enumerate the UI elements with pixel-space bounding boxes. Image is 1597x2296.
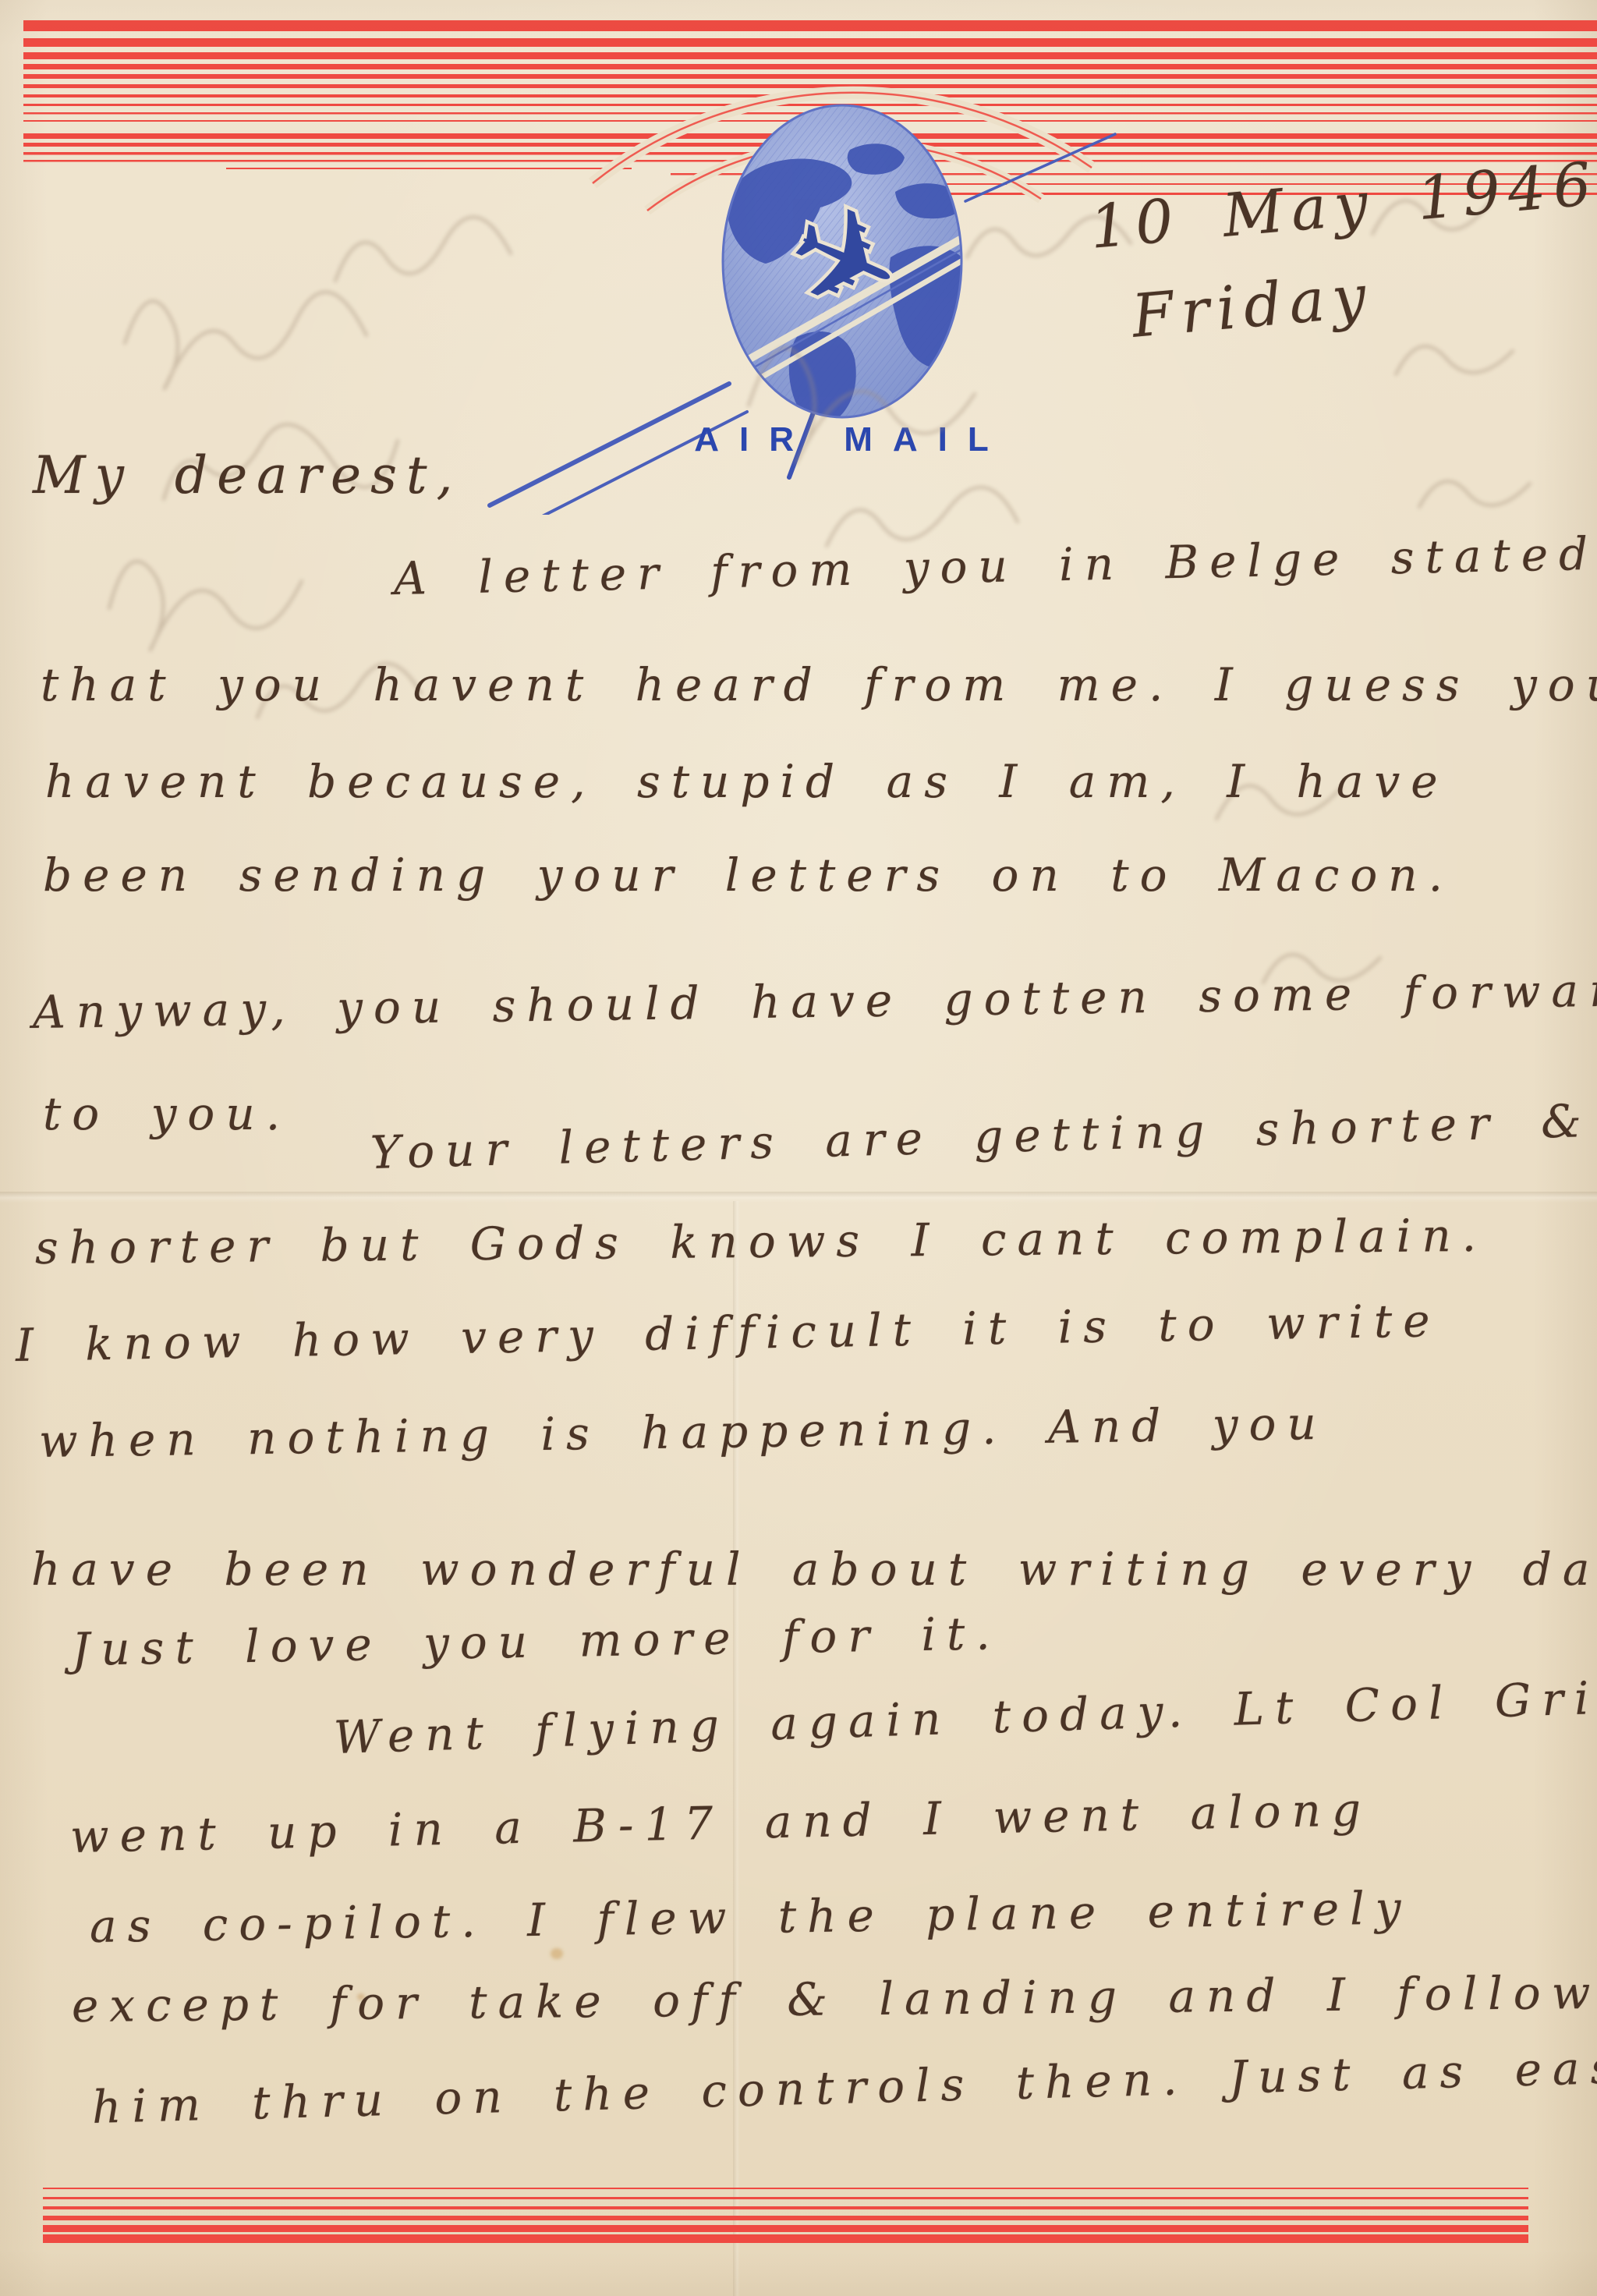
letter-line: Went flying again today. Lt Col Grieg [333, 1672, 1597, 1762]
letter-line: have been wonderful about writing every … [31, 1546, 1597, 1593]
letter-line: went up in a B-17 and I went along [69, 1786, 1372, 1861]
letter-line: that you havent heard from me. I guess y… [41, 661, 1597, 709]
letter-line: to you. [43, 1090, 291, 1138]
letter-line: Anyway, you should have gotten some forw… [33, 965, 1597, 1036]
letter-line: been sending your letters on to Macon. [43, 852, 1454, 899]
letter-line: I know how very difficult it is to write [15, 1297, 1441, 1369]
salutation: My dearest, [33, 448, 462, 502]
horizontal-fold-crease [0, 1192, 1597, 1203]
letter-line: as co-pilot. I flew the plane entirely [90, 1884, 1412, 1951]
letter-line: shorter but Gods knows I cant complain. [35, 1212, 1488, 1272]
letter-line: when nothing is happening. And you [39, 1400, 1328, 1465]
letter-line: except for take off & landing and I foll… [72, 1968, 1597, 2030]
letter-page: ✈ ✈ AIR MAIL 10 May 1946 Friday [0, 0, 1597, 2296]
letter-line: Just love you more for it. [71, 1610, 1001, 1674]
letter-line: him thru on the controls then. Just as e… [91, 2043, 1597, 2131]
letter-line: A letter from you in Belge stated [393, 530, 1597, 603]
letter-line: Your letters are getting shorter & [370, 1097, 1592, 1177]
airmail-label: AIR MAIL [694, 420, 1009, 459]
paper-stain [551, 1948, 563, 1959]
airmail-letterhead: ✈ ✈ AIR MAIL [0, 0, 1597, 515]
letter-line: havent because, stupid as I am, I have [45, 758, 1449, 806]
